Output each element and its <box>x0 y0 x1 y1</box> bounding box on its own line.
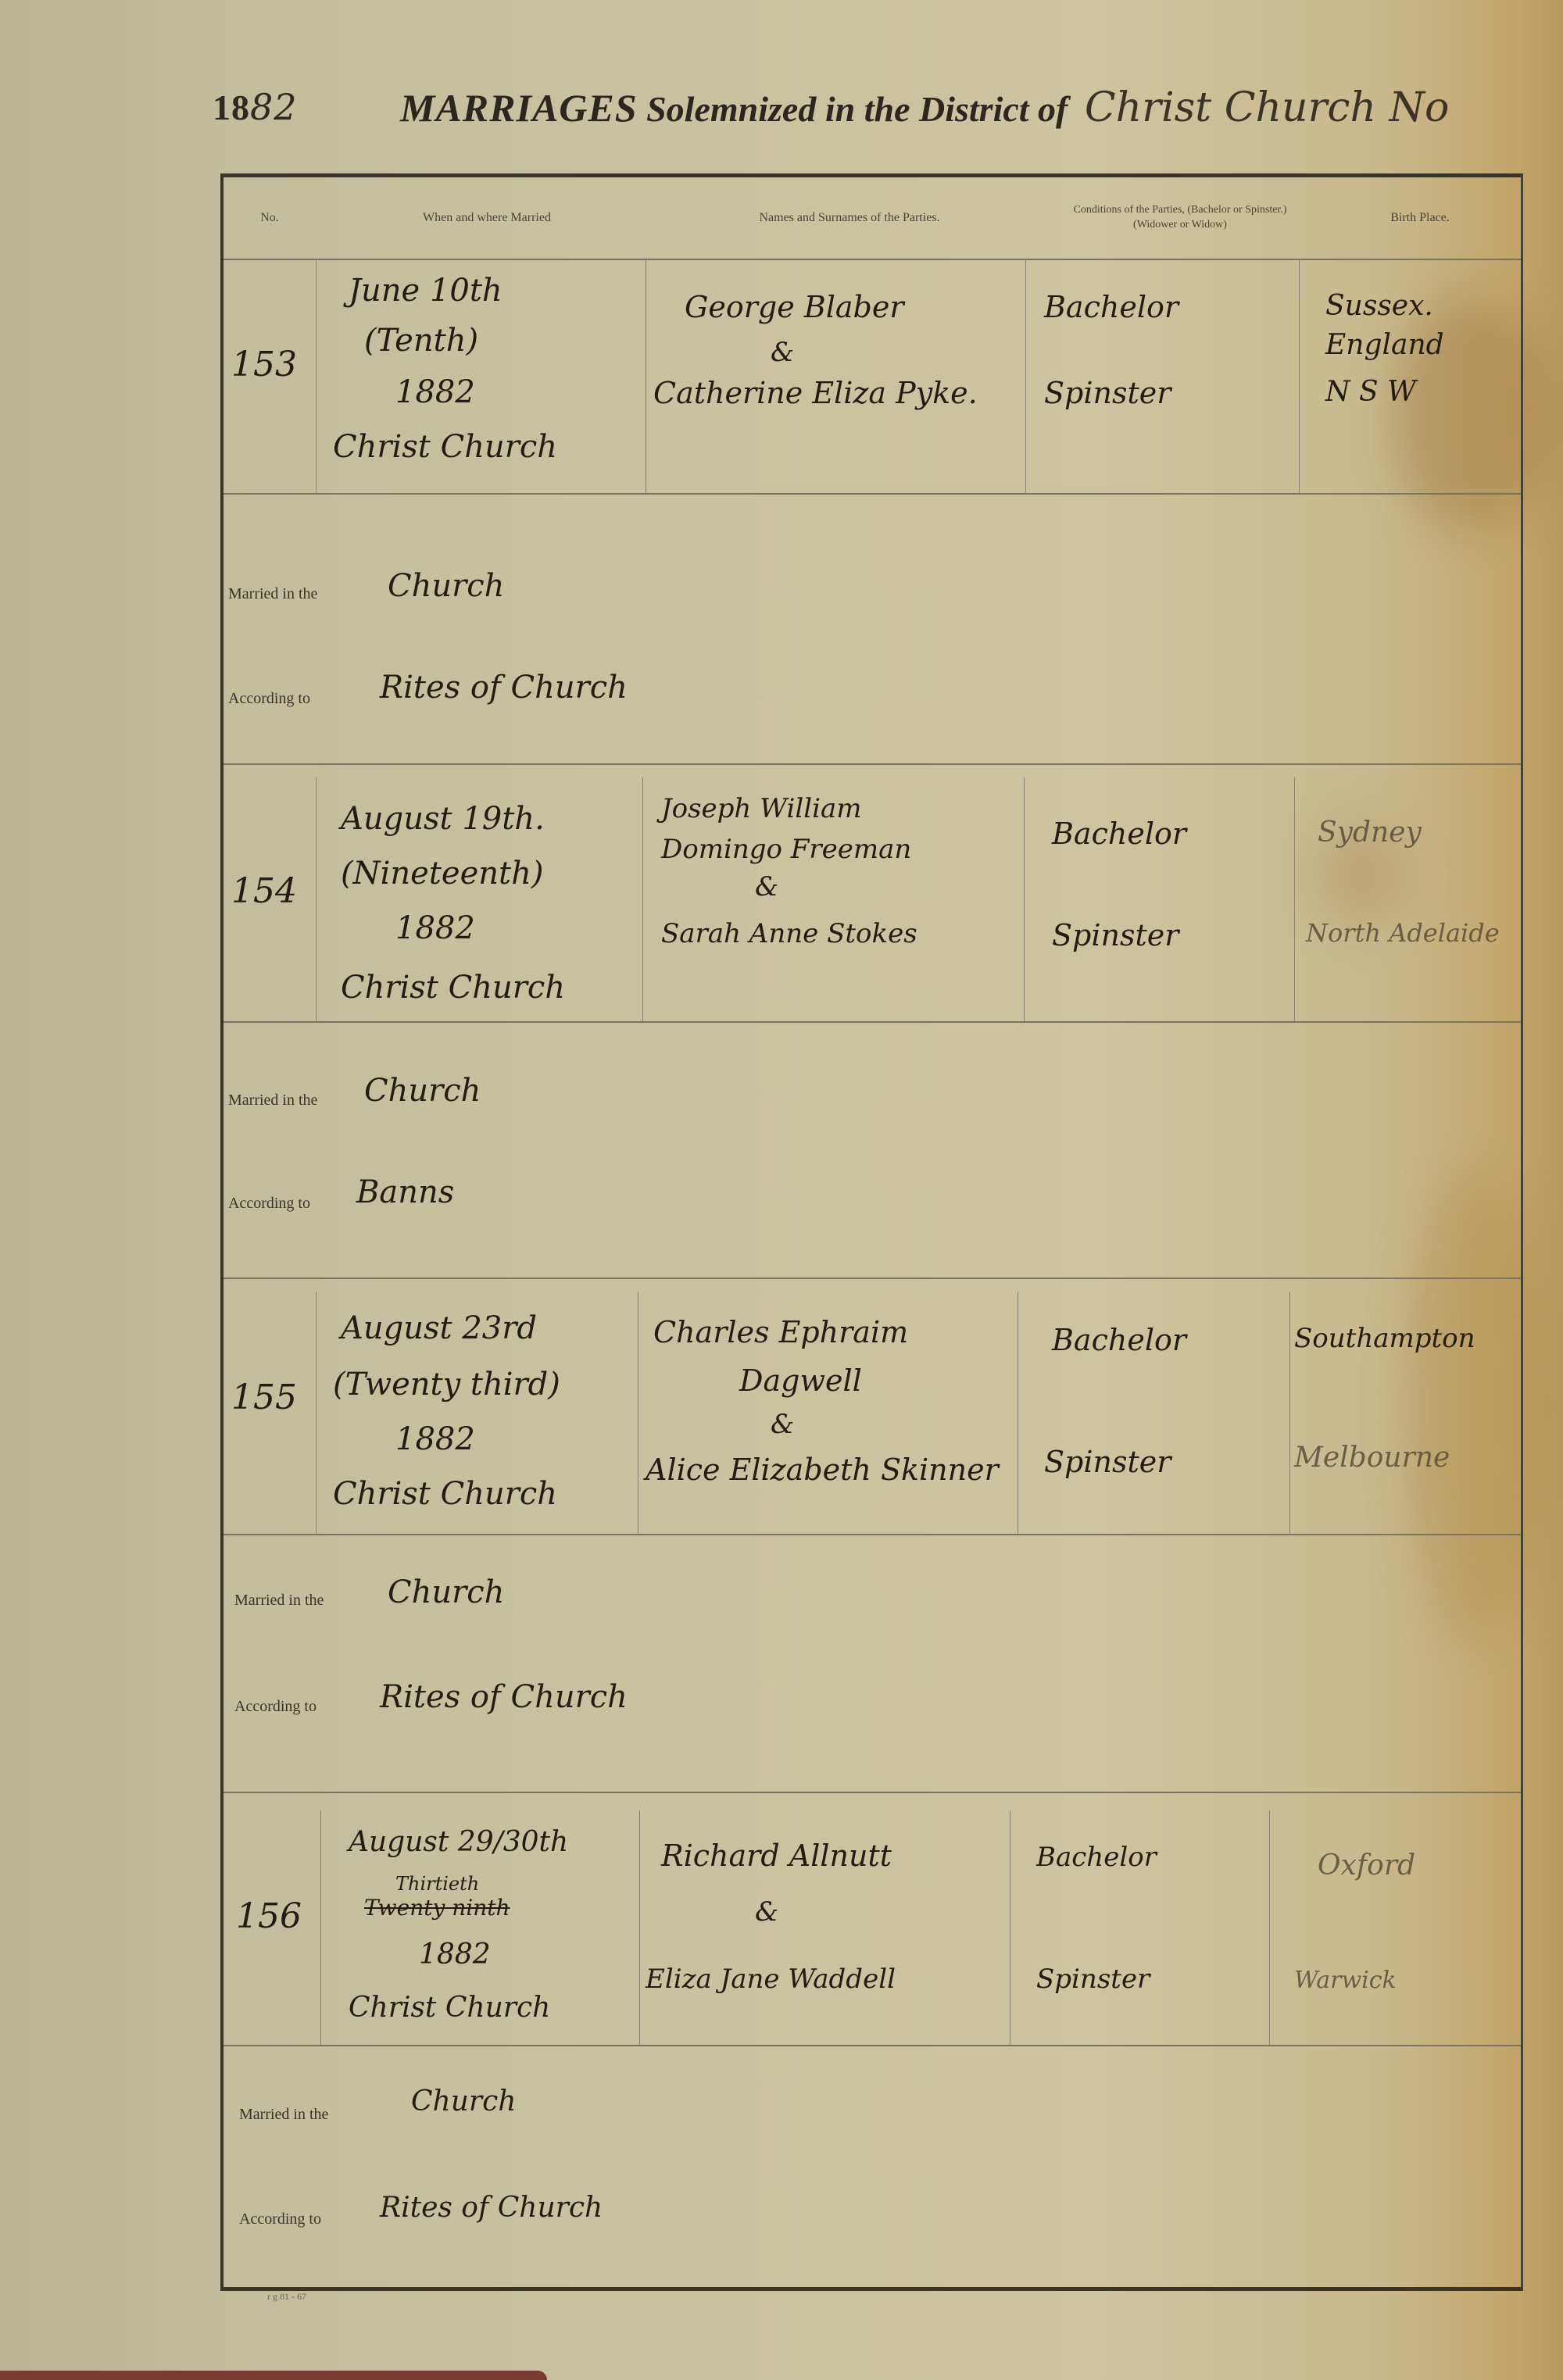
married-in-label: Married in the <box>234 1592 324 1610</box>
printer-mark: r g 81 - 67 <box>267 2291 306 2303</box>
groom-name: George Blaber <box>685 290 904 324</box>
married-in-value: Church <box>411 2085 516 2117</box>
groom-condition: Bachelor <box>1052 817 1186 851</box>
groom-birth-place: Oxford <box>1318 1849 1415 1881</box>
bride-condition: Spinster <box>1036 1964 1150 1995</box>
according-to-value: Rites of Church <box>380 670 628 706</box>
register-year: 1882 <box>213 86 298 128</box>
entry-number: 153 <box>231 345 297 384</box>
groom-name-line2: Domingo Freeman <box>661 834 911 865</box>
column-header-names: Names and Surnames of the Parties. <box>658 177 1041 259</box>
column-header-no: No. <box>224 177 316 259</box>
bride-birth-place: Melbourne <box>1294 1442 1450 1474</box>
groom-condition: Bachelor <box>1044 290 1179 324</box>
marriage-date: August 29/30th <box>349 1826 568 1858</box>
according-to-label: According to <box>228 690 310 708</box>
groom-birth-place: Sussex. England <box>1325 287 1513 365</box>
married-in-label: Married in the <box>228 585 317 603</box>
book-cover-edge <box>0 2371 547 2380</box>
ampersand: & <box>755 871 778 902</box>
groom-name: Richard Allnutt <box>661 1839 892 1873</box>
district-name: Christ Church No <box>1085 84 1449 131</box>
entry-number: 156 <box>236 1896 302 1936</box>
groom-name-line1: Charles Ephraim <box>653 1315 908 1349</box>
groom-birth-place: Sydney <box>1318 817 1422 849</box>
marriage-date-words: (Twenty third) <box>333 1367 560 1403</box>
according-to-value: Banns <box>356 1174 454 1210</box>
marriage-entry: 156 August 29/30th Thirtieth Twenty nint… <box>224 1810 1521 2279</box>
marriage-date: August 19th. <box>341 801 545 837</box>
according-to-value: Rites of Church <box>380 2192 603 2224</box>
entry-number: 155 <box>231 1378 297 1417</box>
according-to-label: According to <box>234 1698 317 1716</box>
ampersand: & <box>755 1896 778 1928</box>
married-in-value: Church <box>364 1073 481 1109</box>
groom-birth-place: Southampton <box>1294 1323 1475 1354</box>
column-header-birth-place: Birth Place. <box>1319 177 1521 259</box>
according-to-label: According to <box>228 1195 310 1213</box>
bride-condition: Spinster <box>1044 1445 1171 1479</box>
marriage-place: Christ Church <box>333 429 557 465</box>
marriage-place: Christ Church <box>341 970 565 1006</box>
marriage-date-correction: Thirtieth <box>395 1873 479 1895</box>
married-in-label: Married in the <box>228 1092 317 1110</box>
marriage-entry: 155 August 23rd (Twenty third) 1882 Chri… <box>224 1292 1521 1792</box>
register-title: MARRIAGES Solemnized in the District of … <box>400 84 1449 131</box>
marriage-date: June 10th <box>349 273 503 309</box>
bride-birth-place: N S W <box>1325 376 1416 408</box>
marriage-year: 1882 <box>395 1421 475 1457</box>
marriage-year: 1882 <box>395 374 475 410</box>
groom-name-line2: Dagwell <box>739 1363 862 1398</box>
bride-name: Alice Elizabeth Skinner <box>646 1453 999 1487</box>
marriage-date-words: (Tenth) <box>364 323 478 359</box>
married-in-value: Church <box>388 568 504 604</box>
bride-name: Eliza Jane Waddell <box>646 1964 896 1995</box>
bride-birth-place: Warwick <box>1294 1967 1397 1994</box>
column-header-when-where: When and where Married <box>316 177 658 259</box>
bride-name: Sarah Anne Stokes <box>661 918 917 949</box>
groom-condition: Bachelor <box>1052 1323 1186 1357</box>
column-header-conditions: Conditions of the Parties, (Bachelor or … <box>1041 177 1319 259</box>
married-in-value: Church <box>388 1574 504 1610</box>
bride-condition: Spinster <box>1052 918 1179 952</box>
table-header: No. When and where Married Names and Sur… <box>224 177 1521 260</box>
marriage-date-struck: Twenty ninth <box>364 1895 510 1921</box>
ampersand: & <box>771 337 794 368</box>
entry-number: 154 <box>231 871 297 911</box>
marriage-date-words: (Nineteenth) <box>341 856 543 892</box>
marriage-register-table: No. When and where Married Names and Sur… <box>220 173 1523 2291</box>
bride-name: Catherine Eliza Pyke. <box>653 376 978 410</box>
ampersand: & <box>771 1409 794 1440</box>
according-to-label: According to <box>239 2210 321 2228</box>
page-header: 1882 MARRIAGES Solemnized in the Distric… <box>213 86 1557 148</box>
marriage-place: Christ Church <box>349 1992 550 2024</box>
bride-condition: Spinster <box>1044 376 1171 410</box>
marriage-entry: 153 June 10th (Tenth) 1882 Christ Church… <box>224 259 1521 763</box>
marriage-year: 1882 <box>419 1939 491 1971</box>
bride-birth-place: North Adelaide <box>1306 918 1500 948</box>
according-to-value: Rites of Church <box>380 1679 628 1715</box>
marriage-date: August 23rd <box>341 1310 537 1346</box>
married-in-label: Married in the <box>239 2106 328 2124</box>
groom-condition: Bachelor <box>1036 1842 1157 1873</box>
groom-name-line1: Joseph William <box>661 793 862 824</box>
marriage-place: Christ Church <box>333 1476 557 1512</box>
marriage-year: 1882 <box>395 910 475 946</box>
marriage-entry: 154 August 19th. (Nineteenth) 1882 Chris… <box>224 777 1521 1278</box>
